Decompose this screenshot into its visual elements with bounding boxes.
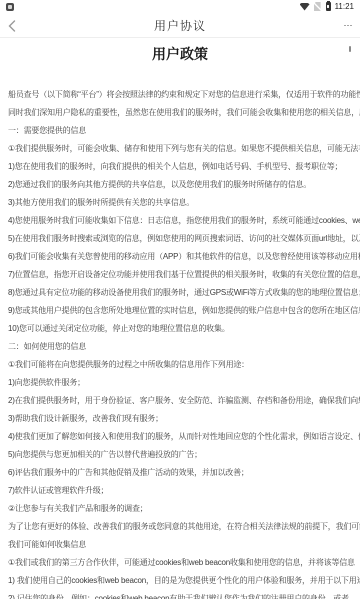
policy-line: 3)其他方使用我们的服务时所提供有关您的共享信息。: [0, 194, 360, 212]
scrollbar-thumb[interactable]: [349, 46, 351, 52]
wifi-icon: [300, 3, 310, 11]
policy-line: 8)您通过具有定位功能的移动设备使用我们的服务时，通过GPS或WiFi等方式收集…: [0, 284, 360, 302]
page-title: 用户协议: [0, 17, 360, 34]
policy-line: 10)您可以通过关闭定位功能，停止对您的地理位置信息的收集。: [0, 320, 360, 338]
policy-line: 2)您通过我们的服务向其他方提供的共享信息，以及您使用我们的服务时所储存的信息。: [0, 176, 360, 194]
sim-off-icon: [314, 2, 321, 11]
policy-line: 6)我们可能会收集有关您曾使用的移动应用（APP）和其他软件的信息，以及您曾经使…: [0, 248, 360, 266]
policy-line: 5)向您提供与您更加相关的广告以替代普遍投放的广告；: [0, 446, 360, 464]
notification-icon: [6, 3, 14, 11]
policy-line: 6)评估我们服务中的广告和其他促销及推广活动的效果，并加以改善；: [0, 464, 360, 482]
policy-line: 2)在我们提供服务时，用于身份验证、客户服务、安全防范、诈骗监测、存档和备份用途…: [0, 392, 360, 410]
more-menu-button[interactable]: [344, 13, 352, 38]
policy-line: 1) 我们使用自己的cookies和web beacon，目的是为您提供更个性化…: [0, 572, 360, 590]
policy-line: 1)向您提供软件服务；: [0, 374, 360, 392]
status-bar-right: 11:21: [300, 0, 354, 13]
document-body: 船员查号（以下简称“平台”）将会按照法律的约束和规定下对您的信息进行采集，仅适用…: [0, 86, 360, 599]
policy-line: 3)帮助我们设计新服务，改善我们现有服务；: [0, 410, 360, 428]
policy-line: 为了让您有更好的体验、改善我们的服务或您同意的其他用途，在符合相关法律法规的前提…: [0, 518, 360, 536]
policy-section-heading: 二：如何使用您的信息: [0, 338, 360, 356]
policy-line: 7)位置信息，指您开启设备定位功能并使用我们基于位置提供的相关服务时，收集的有关…: [0, 266, 360, 284]
policy-section-heading: 一：需要您提供的信息: [0, 122, 360, 140]
status-time: 11:21: [335, 0, 354, 13]
policy-line: 4)使我们更加了解您如何接入和使用我们的服务，从而针对性地回应您的个性化需求，例…: [0, 428, 360, 446]
policy-line: 船员查号（以下简称“平台”）将会按照法律的约束和规定下对您的信息进行采集，仅适用…: [0, 86, 360, 104]
policy-line: 2) 记住您的身份。例如：cookies和web beacon有助于我们辨认您作…: [0, 590, 360, 599]
status-bar: 11:21: [0, 0, 360, 13]
policy-line: 1)您在使用我们的服务时，向我们提供的相关个人信息，例如电话号码、手机型号、报考…: [0, 158, 360, 176]
policy-line: ①我们提供服务时，可能会收集、储存和使用下列与您有关的信息。如果您不提供相关信息…: [0, 140, 360, 158]
more-icon: [344, 25, 346, 27]
policy-line: 7)软件认证或管理软件升级；: [0, 482, 360, 500]
battery-icon: [326, 2, 331, 11]
policy-line: ①我们可能将在向您提供服务的过程之中所收集的信息用作下列用途：: [0, 356, 360, 374]
status-bar-left: [6, 3, 14, 11]
policy-line: 5)在使用我们服务时搜索或浏览的信息，例如您使用的网页搜索词语、访问的社交媒体页…: [0, 230, 360, 248]
policy-document: 用户政策 船员查号（以下简称“平台”）将会按照法律的约束和规定下对您的信息进行采…: [0, 38, 360, 599]
policy-line: 4)您使用服务时我们可能收集如下信息：日志信息，指您使用我们的服务时，系统可能通…: [0, 212, 360, 230]
policy-line: ①我们或我们的第三方合作伙伴，可能通过cookies和web beacon收集和…: [0, 554, 360, 572]
policy-line: ②让您参与有关我们产品和服务的调查；: [0, 500, 360, 518]
policy-line: 9)您或其他用户提供的包含您所处地理位置的实时信息，例如您提供的账户信息中包含的…: [0, 302, 360, 320]
document-title: 用户政策: [0, 45, 360, 63]
policy-line: 同时我们深知用户隐私的重要性，虽然您在使用我们的服务时，我们可能会收集和使用您的…: [0, 104, 360, 122]
policy-section-heading: 我们可能如何收集信息: [0, 536, 360, 554]
header: 用户协议: [0, 13, 360, 38]
